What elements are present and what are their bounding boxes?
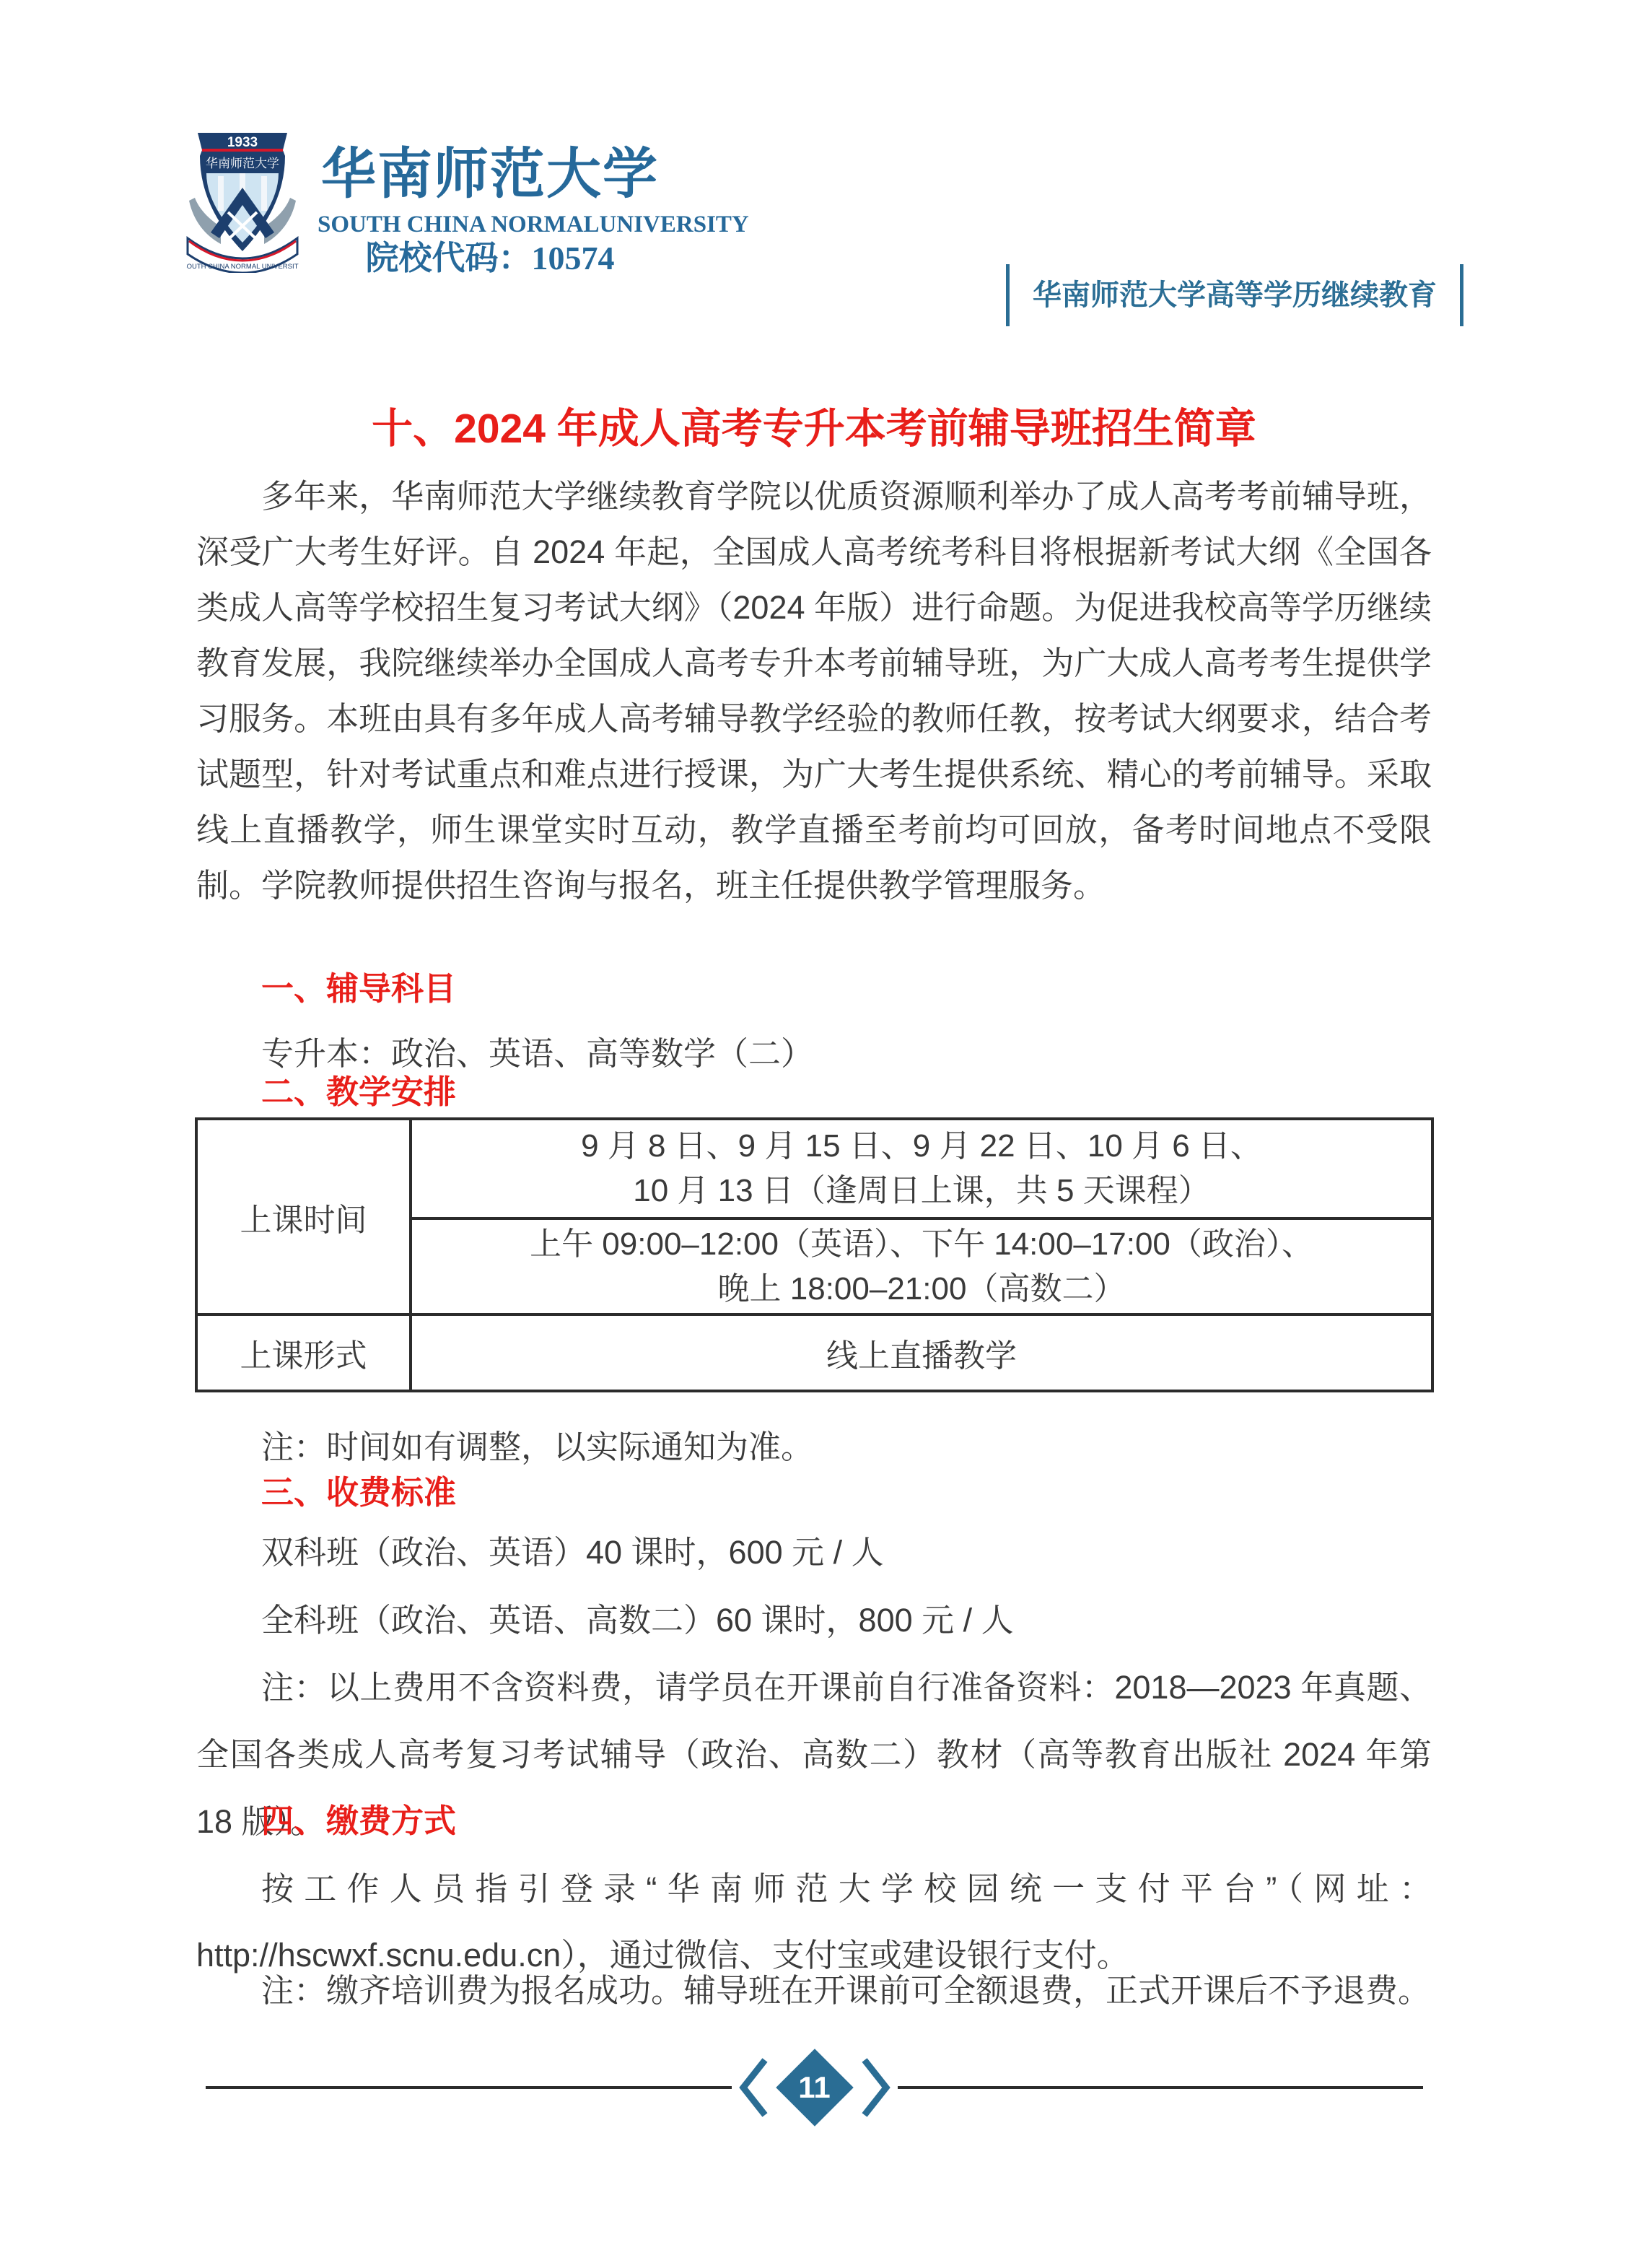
section-3-heading: 三、收费标准 [261, 1470, 456, 1515]
footer-right-rule [898, 2086, 1424, 2089]
schedule-note: 注：时间如有调整，以实际通知为准。 [261, 1424, 813, 1470]
footer-left-rule [206, 2086, 732, 2089]
page-number-diamond: 11 [775, 2048, 854, 2127]
university-brand: 华南师范大学 SOUTH CHINA NORMALUNIVERSITY 院校代码… [318, 139, 662, 277]
footer-page-divider: 11 [206, 2047, 1423, 2128]
class-dates-line1: 9 月 8 日、9 月 15 日、9 月 22 日、10 月 6 日、 [412, 1124, 1431, 1169]
schedule-table: 上课时间 9 月 8 日、9 月 15 日、9 月 22 日、10 月 6 日、… [195, 1117, 1434, 1392]
class-dates-line2: 10 月 13 日（逢周日上课，共 5 天课程） [412, 1169, 1431, 1213]
university-name-zh: 华南师范大学 [318, 139, 662, 211]
class-time-label: 上课时间 [196, 1119, 411, 1314]
class-hours-line2: 晚上 18:00–21:00（高数二） [412, 1267, 1431, 1312]
section-2-heading: 二、教学安排 [261, 1069, 456, 1115]
footer-chevron-right-icon [860, 2054, 893, 2121]
page-number: 11 [775, 2048, 854, 2127]
intro-paragraph: 多年来，华南师范大学继续教育学院以优质资源顺利举办了成人高考考前辅导班，深受广大… [196, 468, 1432, 913]
footer-chevron-left-icon [736, 2054, 769, 2121]
crest-ribbon-text: SOUTH CHINA NORMAL UNIVERSITY [186, 263, 299, 271]
document-page: 1933 华南师范大学 SOUTH CHINA NORMAL UNIVERSIT… [0, 0, 1628, 2268]
continuing-education-banner: 华南师范大学高等学历继续教育 [1006, 264, 1463, 326]
crest-svg: 1933 华南师范大学 SOUTH CHINA NORMAL UNIVERSIT… [186, 131, 299, 273]
crest-name-zh: 华南师范大学 [206, 156, 279, 170]
fee-item-1: 双科班（政治、英语）40 课时，600 元 / 人 [261, 1530, 884, 1575]
class-hours-line1: 上午 09:00–12:00（英语）、下午 14:00–17:00（政治）、 [412, 1222, 1431, 1267]
class-form-value: 线上直播教学 [411, 1314, 1432, 1391]
page-title: 十、2024 年成人高考专升本考前辅导班招生简章 [196, 402, 1432, 455]
payment-note: 注：缴齐培训费为报名成功。辅导班在开课前可全额退费，正式开课后不予退费。 [196, 1968, 1432, 2013]
section-1-heading: 一、辅导科目 [261, 966, 456, 1011]
section-4-heading: 四、缴费方式 [261, 1798, 456, 1844]
school-code: 院校代码：10574 [318, 240, 662, 277]
class-form-label: 上课形式 [196, 1314, 411, 1391]
university-crest-icon: 1933 华南师范大学 SOUTH CHINA NORMAL UNIVERSIT… [186, 131, 299, 276]
class-dates-cell: 9 月 8 日、9 月 15 日、9 月 22 日、10 月 6 日、 10 月… [411, 1119, 1432, 1218]
crest-year: 1933 [227, 135, 258, 150]
university-name-en: SOUTH CHINA NORMALUNIVERSITY [318, 211, 662, 238]
fee-item-2: 全科班（政治、英语、高数二）60 课时，800 元 / 人 [261, 1597, 1014, 1643]
class-hours-cell: 上午 09:00–12:00（英语）、下午 14:00–17:00（政治）、 晚… [411, 1218, 1432, 1314]
